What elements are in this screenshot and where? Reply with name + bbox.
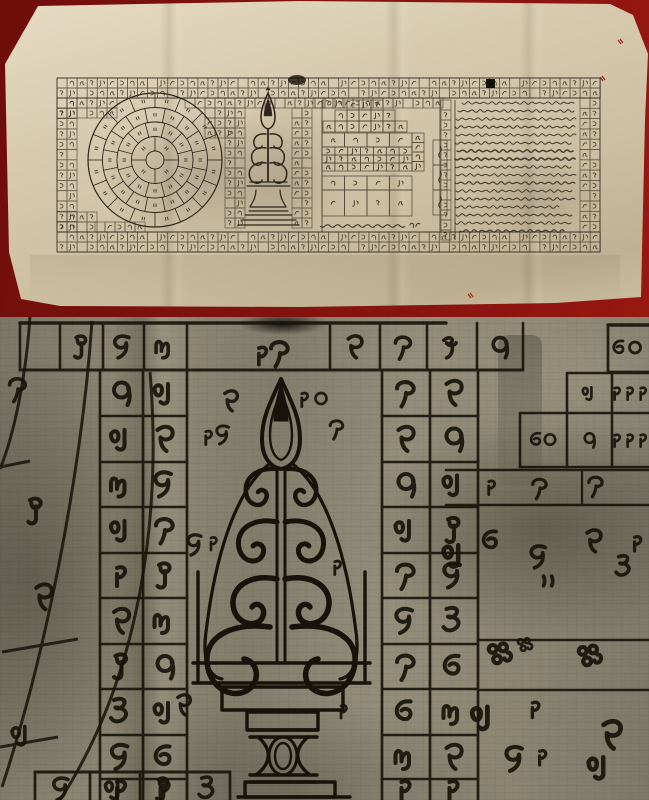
- glyph-kB: [106, 781, 118, 799]
- manuscript-photo-composite: [0, 0, 649, 800]
- glyph-kD: [540, 751, 546, 765]
- glyph-kD: [615, 388, 620, 400]
- glyph-k5: [587, 530, 601, 552]
- border-grid-cluster: [95, 222, 145, 232]
- text-line: [455, 222, 571, 225]
- pedestal: [193, 572, 370, 797]
- glyph-kD: [635, 537, 641, 551]
- zodiac-wheel: [88, 93, 222, 227]
- glyph-kW: [111, 479, 125, 497]
- glyph-kS: [506, 747, 522, 771]
- glyph-k5: [604, 721, 621, 748]
- glyph-k3: [616, 556, 629, 575]
- text-line: [458, 110, 574, 113]
- glyph-kS: [54, 778, 68, 800]
- glyph-k2: [397, 382, 414, 406]
- text-line: [455, 206, 559, 209]
- glyph-kS: [217, 426, 229, 444]
- step-number-grid: [322, 100, 447, 216]
- text-line: [456, 134, 576, 137]
- glyph-kS: [396, 609, 412, 633]
- glyph-kO: [630, 342, 641, 353]
- text-line: [457, 150, 573, 153]
- red-stitch: [618, 39, 623, 44]
- text-line: [456, 214, 572, 217]
- glyph-kD: [628, 435, 633, 447]
- signature-line: [320, 225, 405, 228]
- glyph-kW: [155, 615, 169, 633]
- glyph-kR: [75, 336, 86, 358]
- photo-detail-center: [0, 317, 649, 800]
- glyph-kS: [155, 472, 171, 496]
- glyph-k2: [589, 477, 602, 497]
- glyph-kX: [579, 646, 601, 666]
- border-grid-cluster: [225, 108, 245, 228]
- glyph-k5: [447, 381, 462, 405]
- text-line: [455, 166, 571, 169]
- glyph-kOt: [585, 433, 595, 447]
- glyph-k5: [114, 609, 129, 633]
- border-grid-cluster: [441, 100, 451, 240]
- glyph-kS: [531, 546, 545, 568]
- glyph-k11: [544, 576, 553, 585]
- glyph-kOt: [114, 383, 130, 406]
- glyph-kB: [472, 707, 487, 729]
- glyph-k7: [444, 338, 456, 358]
- glyph-k2: [156, 519, 173, 543]
- glyph-kOt: [447, 429, 463, 452]
- glyph-kW: [396, 751, 410, 769]
- glyph-k5: [399, 427, 414, 451]
- glyph-kB: [396, 521, 410, 541]
- glyph-kD: [615, 435, 620, 447]
- text-line: [455, 158, 575, 161]
- text-line: [456, 174, 576, 177]
- glyph-k2: [10, 379, 26, 402]
- ink-smudge: [288, 75, 306, 85]
- glyph-kOt: [158, 656, 174, 679]
- glyph-kS: [112, 745, 128, 769]
- glyph-k6: [531, 433, 540, 444]
- glyph-k6: [614, 341, 623, 353]
- glyph-k5: [348, 336, 362, 358]
- text-line: [462, 102, 574, 105]
- glyph-kS: [188, 535, 201, 555]
- glyph-kB: [111, 430, 125, 450]
- glyph-kR: [114, 654, 126, 678]
- photo-full-manuscript: [0, 0, 649, 317]
- glyph-kD: [335, 561, 341, 574]
- glyph-kX: [489, 644, 511, 664]
- glyph-kB: [444, 476, 458, 496]
- glyph-kD: [117, 567, 125, 586]
- glyph-k2: [395, 337, 410, 359]
- border-grid-cluster: [292, 108, 312, 228]
- glyph-kOt: [399, 474, 415, 497]
- text-line: [455, 182, 575, 185]
- glyph-k6: [156, 746, 170, 764]
- glyph-k6: [397, 701, 411, 719]
- glyph-k2: [330, 421, 343, 439]
- glyph-kB: [111, 521, 125, 541]
- glyph-kD: [489, 481, 495, 495]
- glyph-k3: [199, 777, 213, 797]
- glyph-k5: [158, 427, 173, 451]
- manuscript-text-block: [455, 102, 576, 233]
- glyph-k5: [178, 695, 191, 715]
- black-square-cell: [486, 79, 495, 88]
- glyph-kX: [518, 638, 532, 650]
- glyph-kB: [155, 384, 169, 404]
- glyph-kR: [28, 499, 40, 524]
- glyph-kD: [641, 388, 646, 400]
- detail-root: [0, 317, 649, 800]
- glyph-k2: [271, 342, 288, 366]
- glyph-kW: [156, 342, 168, 358]
- glyph-kD: [259, 347, 266, 364]
- border-grid-cluster: [57, 98, 117, 118]
- glyph-k5: [447, 745, 462, 769]
- glyph-kB: [12, 727, 25, 745]
- glyph-kB: [583, 387, 592, 399]
- glyph-kOt: [493, 338, 507, 358]
- glyph-k5: [225, 391, 238, 411]
- glyph-kW: [444, 706, 458, 724]
- glyph-kR: [158, 563, 170, 587]
- glyph-kD: [628, 388, 633, 400]
- glyph-kB: [589, 757, 604, 778]
- glyph-k6: [445, 656, 459, 674]
- glyph-kD: [641, 435, 646, 447]
- red-stitch: [600, 76, 605, 81]
- border-grid-right: [580, 98, 600, 232]
- text-line: [455, 126, 575, 129]
- border-grid-cluster: [313, 98, 443, 108]
- glyph-kD: [211, 537, 216, 550]
- red-stitch: [468, 293, 473, 298]
- glyph-kO: [316, 393, 327, 404]
- border-grid-bottom: [57, 232, 600, 252]
- glyph-kD: [402, 781, 410, 800]
- glyph-k3: [111, 699, 126, 722]
- text-line: [456, 190, 572, 193]
- glyph-k6: [484, 531, 496, 547]
- glyph-kO: [545, 434, 555, 444]
- glyph-k3: [444, 608, 459, 631]
- glyph-k2: [397, 656, 414, 680]
- text-line: [455, 142, 571, 145]
- glyph-kB: [444, 545, 459, 566]
- glyph-kD: [206, 431, 212, 444]
- glyph-kD: [450, 781, 458, 800]
- glyph-kR: [447, 518, 459, 542]
- glyph-k2: [533, 479, 546, 499]
- border-grid-cluster: [205, 108, 235, 138]
- text-line: [455, 198, 575, 201]
- glyph-kB: [155, 703, 169, 723]
- diagram-root: [57, 39, 623, 298]
- glyph-kD: [532, 702, 539, 717]
- glyph-k2: [397, 565, 414, 589]
- glyph-kD: [302, 393, 308, 406]
- manuscript-diagram: [0, 0, 649, 317]
- text-line: [456, 118, 576, 121]
- detail-diagram: [0, 317, 649, 800]
- glyph-kS: [115, 336, 129, 358]
